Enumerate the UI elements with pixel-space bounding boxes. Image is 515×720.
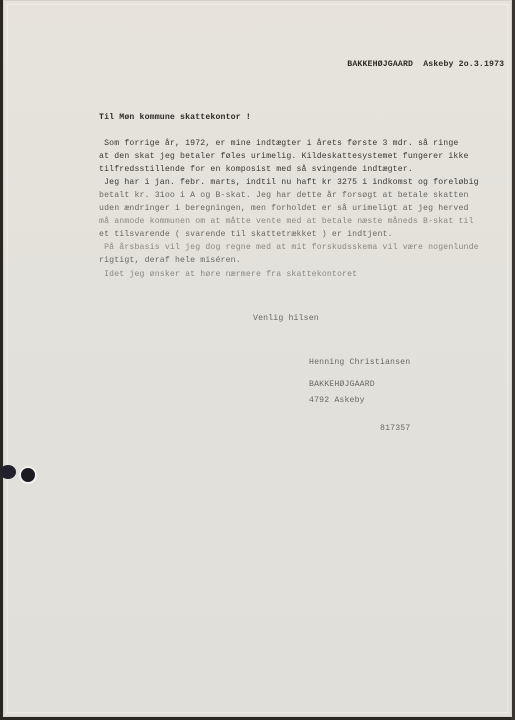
punch-hole-icon bbox=[21, 468, 35, 482]
address-line-1: BAKKEHØJGAARD bbox=[309, 380, 375, 390]
letter-page: BAKKEHØJGAARD Askeby 2o.3.1973 Til Møn k… bbox=[3, 0, 512, 717]
body-line: tilfredsstillende for en komposist med s… bbox=[99, 165, 413, 175]
letterhead: BAKKEHØJGAARD Askeby 2o.3.1973 bbox=[327, 50, 504, 80]
phone-number: 817357 bbox=[380, 424, 410, 434]
body-line: Idet jeg ønsker at høre nærmere fra skat… bbox=[99, 270, 357, 280]
address-line-2: 4792 Askeby bbox=[309, 396, 365, 406]
body-line: at den skat jeg betaler føles urimelig. … bbox=[99, 152, 469, 162]
place-date: Askeby 2o.3.1973 bbox=[423, 60, 504, 69]
closing: Venlig hilsen bbox=[253, 314, 319, 324]
body-line: Som forrige år, 1972, er mine indtægter … bbox=[99, 139, 459, 149]
body-line: rigtigt, deraf hele miséren. bbox=[99, 256, 241, 266]
body-line: betalt kr. 31oo i A og B-skat. Jeg har d… bbox=[99, 191, 469, 201]
body-line: må anmode kommunen om at måtte vente med… bbox=[99, 217, 474, 227]
body-line: På årsbasis vil jeg dog regne med at mit… bbox=[99, 243, 479, 253]
punch-hole-icon bbox=[0, 465, 16, 479]
body-line: uden ændringer i beregningen, men forhol… bbox=[99, 204, 469, 214]
salutation: Til Møn kommune skattekontor ! bbox=[99, 113, 251, 123]
sender-name: BAKKEHØJGAARD bbox=[347, 60, 413, 69]
body-line: Jeg har i jan. febr. marts, indtil nu ha… bbox=[99, 178, 479, 188]
signer-name: Henning Christiansen bbox=[309, 358, 410, 368]
body-line: et tilsvarende ( svarende til skattetræk… bbox=[99, 230, 393, 240]
